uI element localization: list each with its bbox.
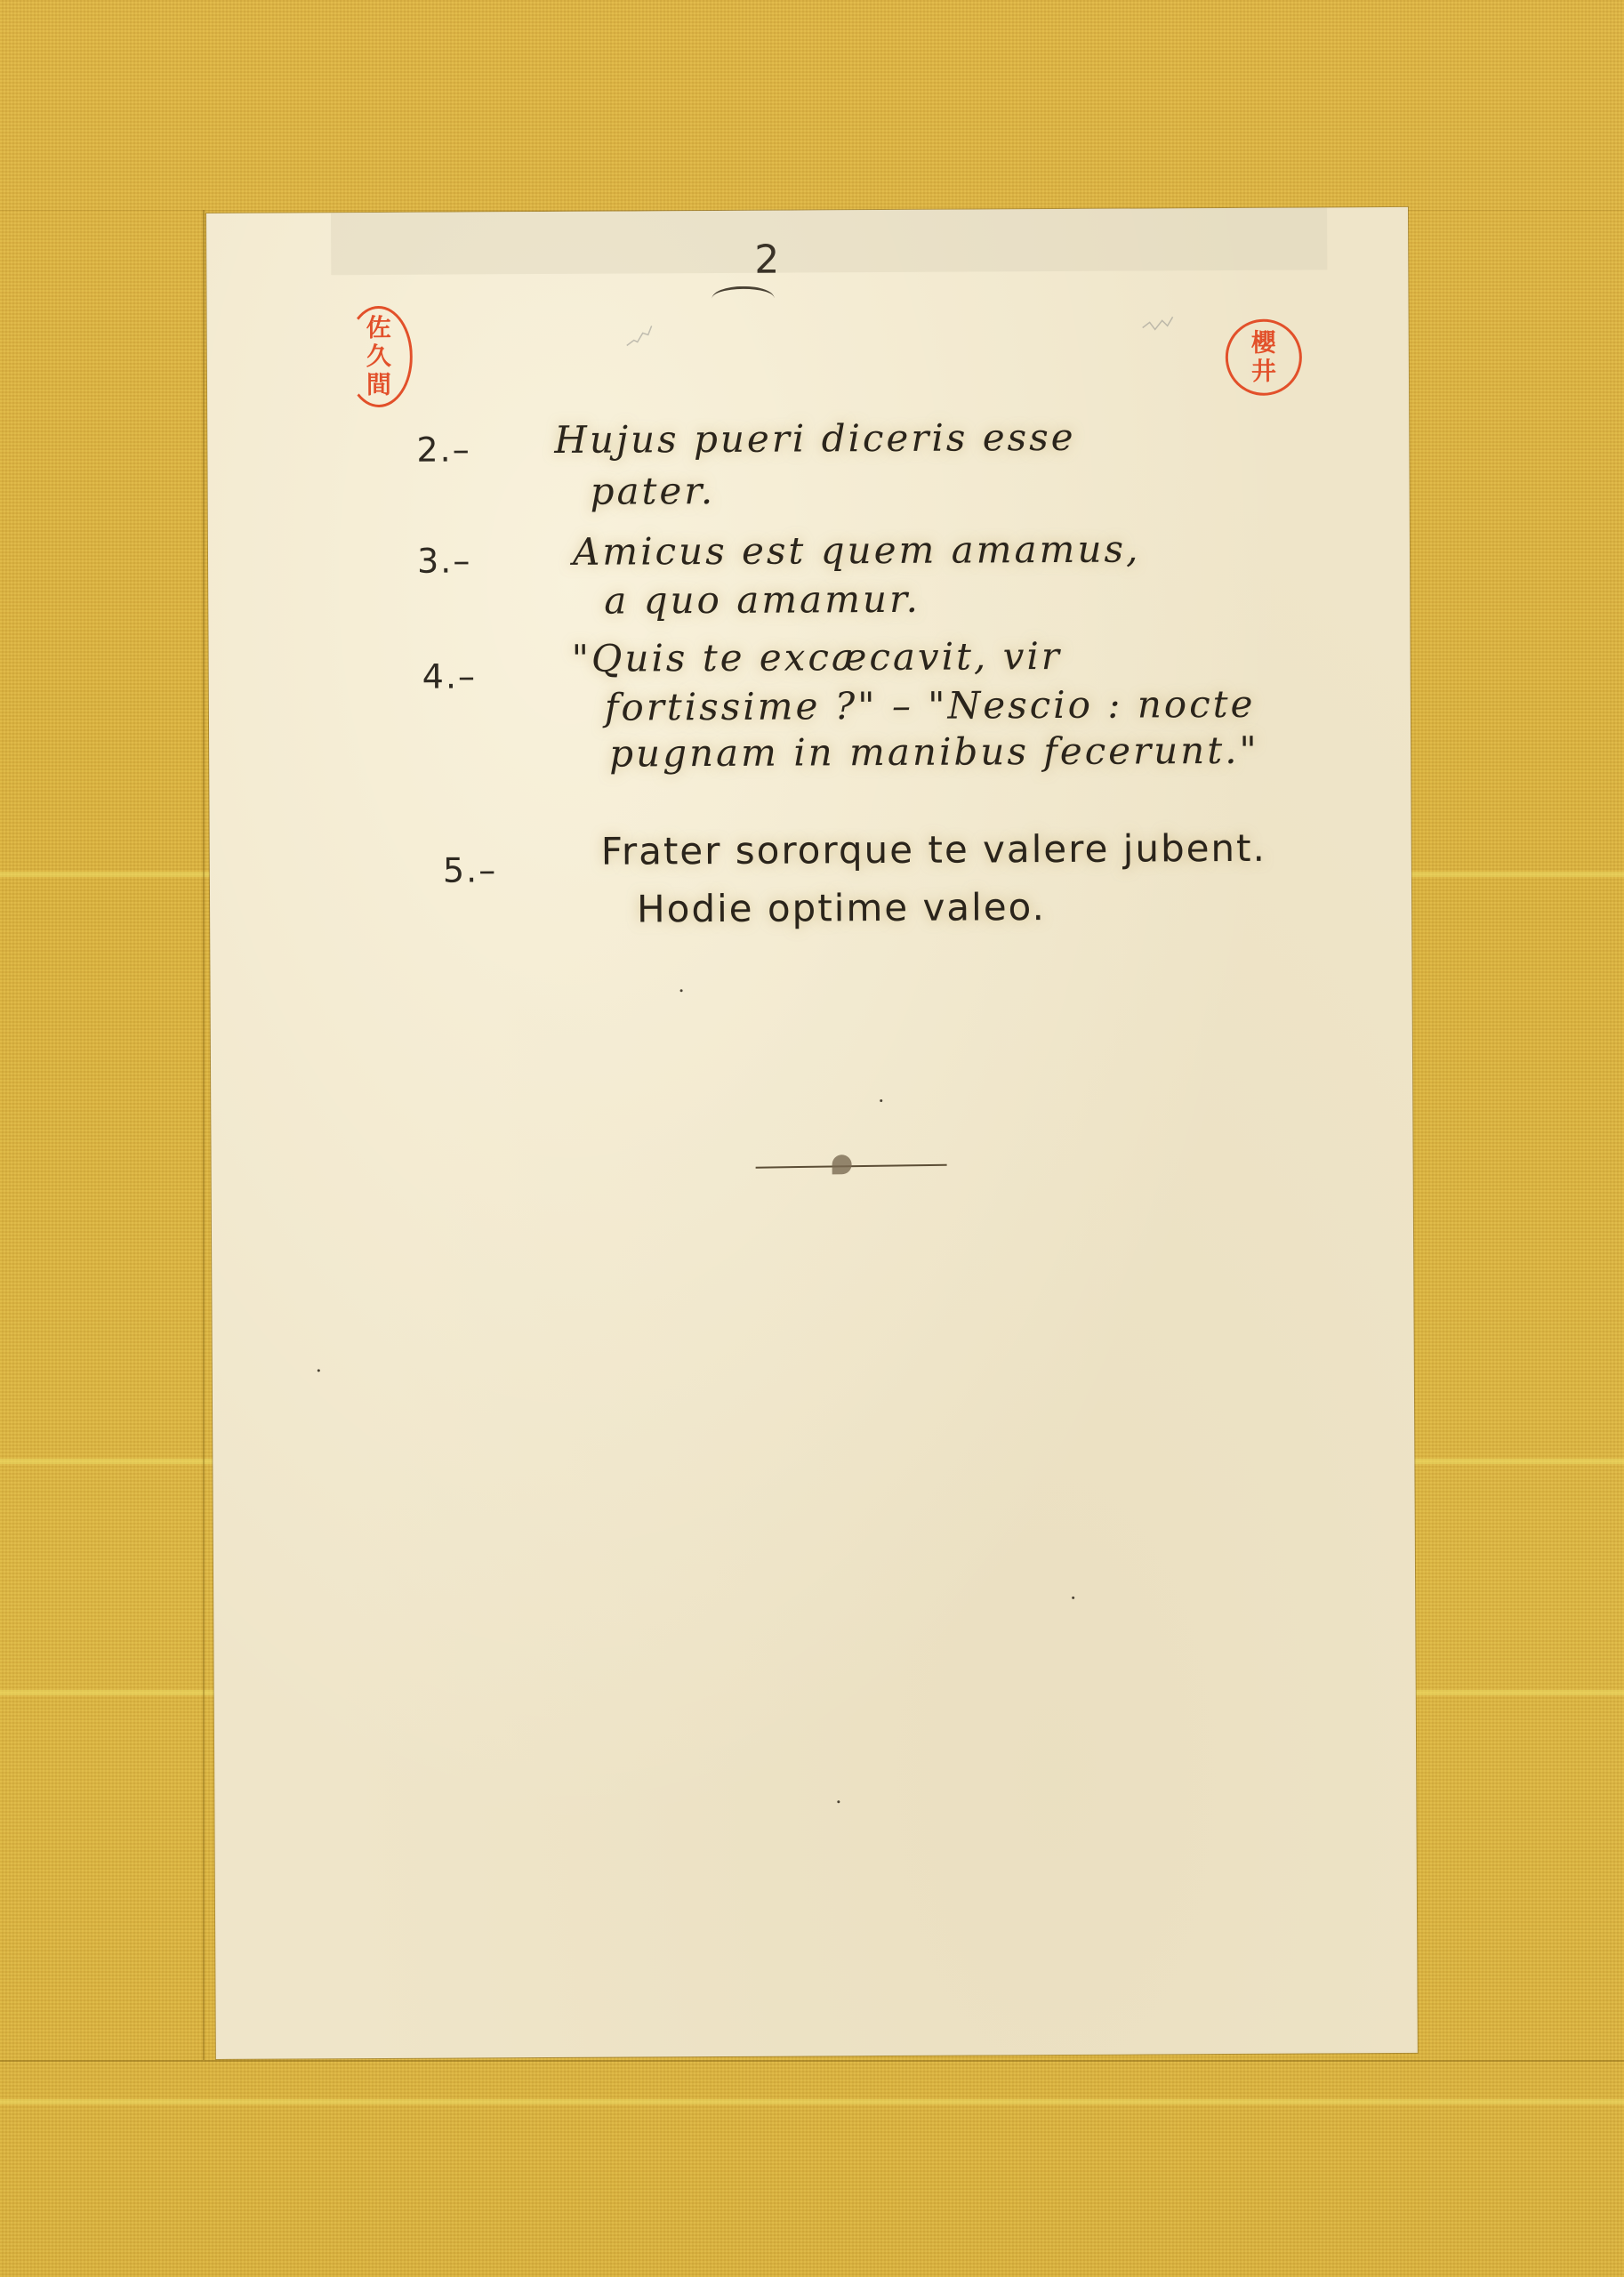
exercise-line: a quo amamur. <box>604 577 921 623</box>
mount-seam-left <box>203 210 205 2060</box>
seal-char: 久 <box>366 342 391 371</box>
pencil-scribble-mark <box>625 322 661 349</box>
seal-stamp-sakurai: 櫻 井 <box>1226 319 1302 396</box>
exercise-number: 4.– <box>422 656 477 696</box>
seal-stamp-sakuma: 佐 久 間 <box>345 306 414 407</box>
page-number: 2 <box>731 237 802 282</box>
exercise-line: "Quis te excæcavit, vir <box>571 634 1062 680</box>
seal-char: 佐 <box>366 314 391 342</box>
mount-seam-bottom <box>0 2060 1624 2062</box>
seal-char: 櫻 <box>1251 329 1276 358</box>
exercise-line: Hodie optime valeo. <box>637 885 1046 930</box>
exercise-line: fortissime ?" – "Nescio : nocte <box>605 682 1256 729</box>
seal-char: 間 <box>366 371 391 399</box>
paper-speck <box>318 1369 320 1372</box>
exercise-number: 5.– <box>443 850 497 889</box>
paper-speck <box>1072 1597 1074 1599</box>
exercise-number: 2.– <box>416 430 470 469</box>
page-number-underline <box>712 286 774 310</box>
end-of-text-flourish <box>832 1155 852 1174</box>
exercise-line: Frater sororque te valere jubent. <box>601 826 1266 873</box>
manuscript-page: 2 佐 久 間 櫻 井 2.– Hujus pueri diceris esse… <box>206 207 1418 2059</box>
seal-char: 井 <box>1251 358 1276 386</box>
exercise-line: Amicus est quem amamus, <box>573 527 1141 574</box>
pencil-scribble-mark <box>1141 313 1177 340</box>
paper-speck <box>837 1800 840 1803</box>
paper-speck <box>680 989 683 992</box>
exercise-line: Hujus pueri diceris esse <box>554 415 1075 462</box>
paper-speck <box>880 1099 882 1102</box>
silk-texture-band <box>0 2099 1624 2104</box>
exercise-number: 3.– <box>417 541 471 580</box>
exercise-line: pugnam in manibus fecerunt." <box>609 728 1259 776</box>
paper-top-discoloration <box>331 207 1327 275</box>
exercise-line: pater. <box>591 469 716 513</box>
